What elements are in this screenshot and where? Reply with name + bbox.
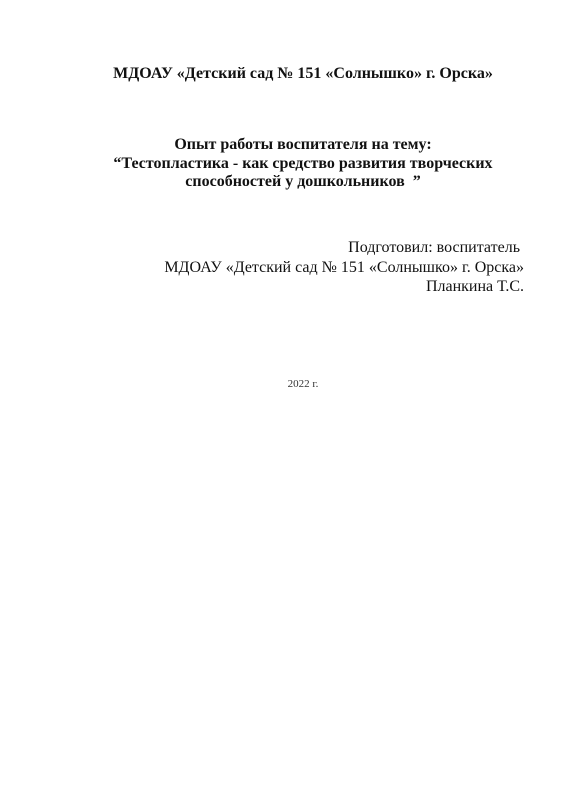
document-page: МДОАУ «Детский сад № 151 «Солнышко» г. О… (0, 0, 565, 800)
heading-line: способностей у дошкольников ” (0, 173, 565, 192)
author-name: Планкина Т.С. (164, 277, 524, 297)
author-organization: МДОАУ «Детский сад № 151 «Солнышко» г. О… (164, 258, 524, 278)
document-heading: Опыт работы воспитателя на тему: “Тестоп… (0, 136, 565, 192)
heading-line: Опыт работы воспитателя на тему: (0, 136, 565, 155)
author-role: Подготовил: воспитатель (164, 238, 524, 258)
organization-title: МДОАУ «Детский сад № 151 «Солнышко» г. О… (0, 64, 565, 84)
heading-line: “Тестопластика - как средство развития т… (0, 155, 565, 174)
author-block: Подготовил: воспитатель МДОАУ «Детский с… (164, 238, 524, 297)
document-year: 2022 г. (0, 377, 565, 391)
